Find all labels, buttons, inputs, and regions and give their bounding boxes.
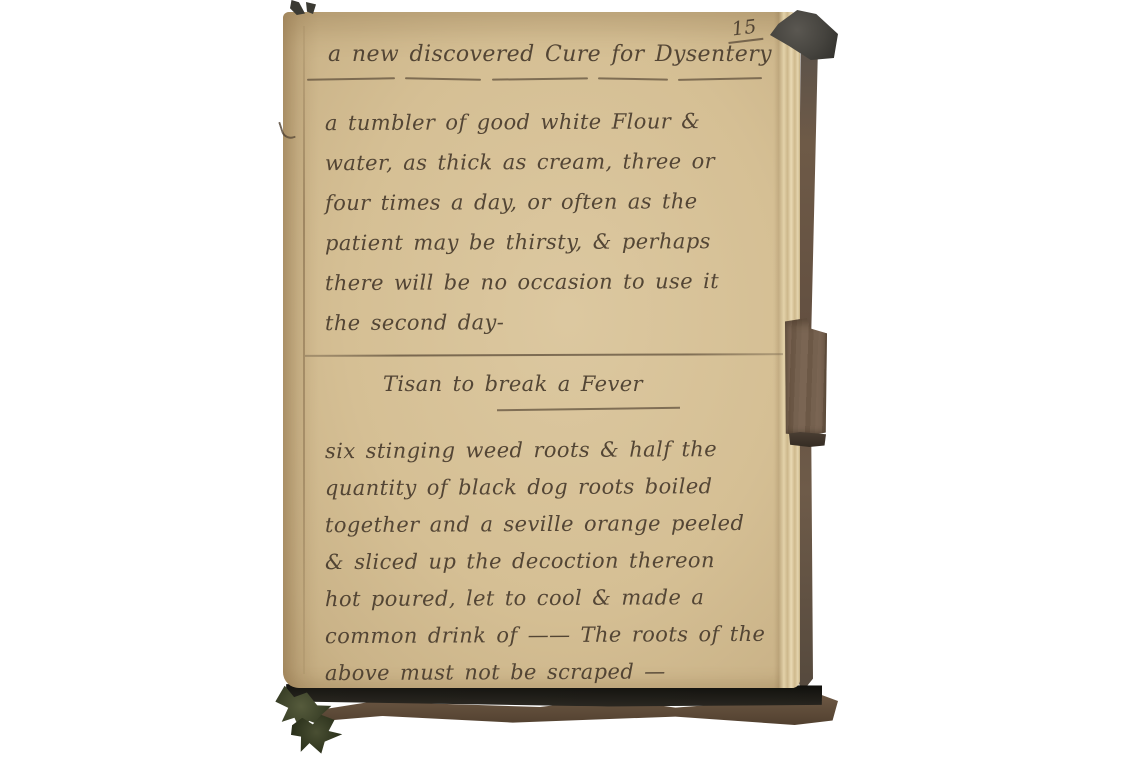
manuscript-line: together and a seville orange peeled [325, 505, 770, 544]
manuscript-line: hot poured, let to cool & made a [325, 579, 770, 618]
manuscript-line: common drink of —— The roots of the [325, 616, 770, 655]
recipe-2-body: six stinging weed roots & half the quant… [325, 432, 770, 691]
page-number: 15 [726, 15, 764, 44]
manuscript-line: a tumbler of good white Flour & [325, 101, 770, 143]
heading-underline [497, 407, 680, 412]
section-divider [305, 353, 783, 357]
gutter-crease [283, 12, 319, 688]
manuscript-line: & sliced up the decoction thereon [325, 542, 770, 581]
section-1-title: a new discovered Cure for Dysentery [328, 42, 768, 67]
leather-binding-tab [785, 318, 827, 436]
manuscript-line: four times a day, or often as the [325, 181, 770, 223]
leather-tab-lip [789, 432, 826, 447]
manuscript-line: patient may be thirsty, & perhaps [325, 221, 770, 263]
manuscript-line: water, as thick as cream, three or [325, 141, 770, 183]
title-underline [307, 78, 762, 80]
recipe-1-body: a tumbler of good white Flour & water, a… [325, 102, 770, 342]
manuscript-line: six stinging weed roots & half the [325, 431, 770, 470]
manuscript-page: 15 a new discovered Cure for Dysentery a… [283, 12, 800, 688]
manuscript-line: above must not be scraped — [325, 653, 770, 692]
manuscript-line: there will be no occasion to use it [325, 261, 770, 303]
section-2-title: Tisan to break a Fever [343, 372, 683, 396]
manuscript-line: quantity of black dog roots boiled [325, 468, 770, 507]
manuscript-photo: 15 a new discovered Cure for Dysentery a… [0, 0, 1140, 760]
manuscript-line: the second day- [325, 301, 770, 343]
